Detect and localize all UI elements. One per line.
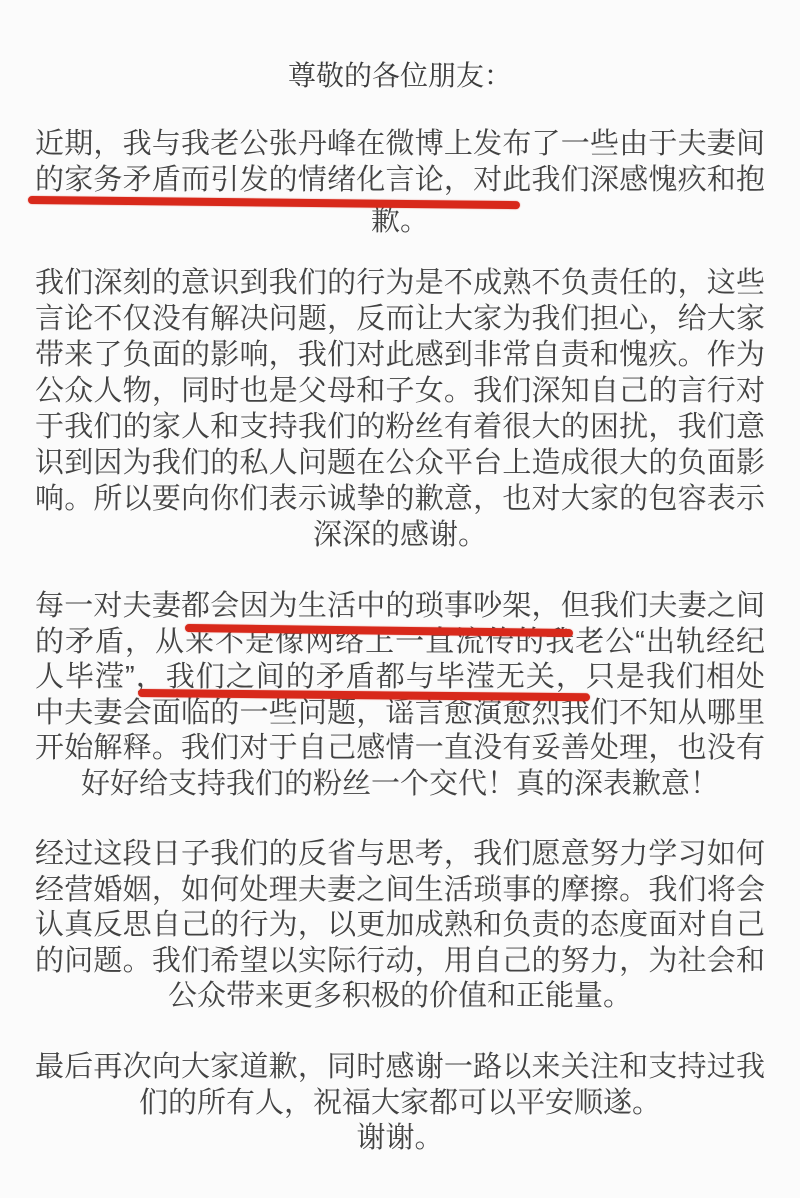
paragraph-2: 我们深刻的意识到我们的行为是不成熟不负责任的，这些 言论不仅没有解决问题，反而让… xyxy=(35,265,765,553)
text-line: 经过这段日子我们的反省与思考，我们愿意努力学习如何 xyxy=(35,837,765,873)
text-line: 中夫妻会面临的一些问题，谣言愈演愈烈我们不知从哪里 xyxy=(35,696,765,732)
text-line: 人毕滢”，我们之间的矛盾都与毕滢无关，只是我们相处 xyxy=(35,660,765,696)
text-line: 们的所有人，祝福大家都可以平安顺遂。 xyxy=(35,1086,765,1122)
text-line: 每一对夫妻都会因为生活中的琐事吵架，但我们夫妻之间 xyxy=(35,589,765,625)
text-line: 深深的感谢。 xyxy=(35,517,765,553)
text-line: 歉。 xyxy=(35,203,765,239)
paragraph-5: 最后再次向大家道歉，同时感谢一路以来关注和支持过我 们的所有人，祝福大家都可以平… xyxy=(35,1050,765,1157)
text-line: 开始解释。我们对于自己感情一直没有妥善处理，也没有 xyxy=(35,731,765,767)
text-line: 认真反思自己的行为，以更加成熟和负责的态度面对自己 xyxy=(35,908,765,944)
text-line: 最后再次向大家道歉，同时感谢一路以来关注和支持过我 xyxy=(35,1050,765,1086)
text-line: 的问题。我们希望以实际行动，用自己的努力，为社会和 xyxy=(35,944,765,980)
text-line: 好好给支持我们的粉丝一个交代！真的深表歉意！ xyxy=(35,767,765,803)
text-line: 近期，我与我老公张丹峰在微博上发布了一些由于夫妻间 xyxy=(35,126,765,162)
paragraph-3: 每一对夫妻都会因为生活中的琐事吵架，但我们夫妻之间 的矛盾，从来不是像网络上一直… xyxy=(35,589,765,802)
text-line: 的家务矛盾而引发的情绪化言论，对此我们深感愧疚和抱 xyxy=(35,162,765,198)
text-line: 带来了负面的影响，我们对此感到非常自责和愧疚。作为 xyxy=(35,337,765,373)
text-line: 响。所以要向你们表示诚挚的歉意，也对大家的包容表示 xyxy=(35,481,765,517)
text-line: 的矛盾，从来不是像网络上一直流传的我老公“出轨经纪 xyxy=(35,625,765,661)
text-line: 公众带来更多积极的价值和正能量。 xyxy=(35,979,765,1015)
text-line: 谢谢。 xyxy=(35,1121,765,1157)
text-line: 识到因为我们的私人问题在公众平台上造成很大的负面影 xyxy=(35,445,765,481)
text-line: 经营婚姻，如何处理夫妻之间生活琐事的摩擦。我们将会 xyxy=(35,873,765,909)
text-line: 公众人物，同时也是父母和子女。我们深知自己的言行对 xyxy=(35,373,765,409)
apology-letter-page: 尊敬的各位朋友： 近期，我与我老公张丹峰在微博上发布了一些由于夫妻间 的家务矛盾… xyxy=(0,0,800,1198)
paragraph-4: 经过这段日子我们的反省与思考，我们愿意努力学习如何 经营婚姻，如何处理夫妻之间生… xyxy=(35,837,765,1015)
text-line: 于我们的家人和支持我们的粉丝有着很大的困扰，我们意 xyxy=(35,409,765,445)
text-line: 言论不仅没有解决问题，反而让大家为我们担心，给大家 xyxy=(35,301,765,337)
paragraph-1: 近期，我与我老公张丹峰在微博上发布了一些由于夫妻间 的家务矛盾而引发的情绪化言论… xyxy=(35,126,765,239)
salutation: 尊敬的各位朋友： xyxy=(35,58,765,94)
text-line: 我们深刻的意识到我们的行为是不成熟不负责任的，这些 xyxy=(35,265,765,301)
